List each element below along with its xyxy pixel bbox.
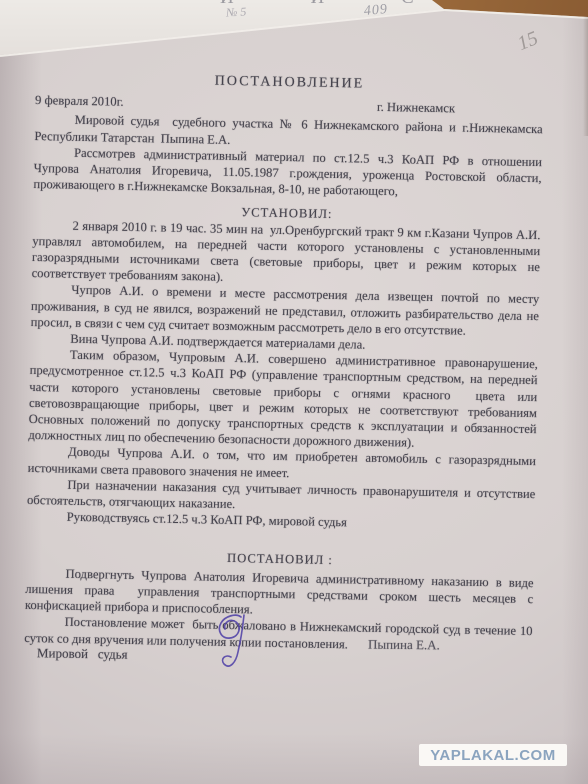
document-date: 9 февраля 2010г. <box>35 92 124 110</box>
judge-signature <box>205 612 260 674</box>
established-paragraph: Таким образом, Чупровым А.И. совершено а… <box>28 346 538 453</box>
judge-name: Пыпина Е.А. <box>368 637 440 654</box>
document-title: ПОСТАНОВЛЕНИЕ <box>35 70 543 96</box>
document-page: 15 ПОСТАНОВЛЕНИЕ 9 февраля 2010г. г. Ниж… <box>0 0 588 784</box>
sheet-number-label: № 5 <box>226 4 247 20</box>
yaplakal-watermark: YAPLAKAL.COM <box>419 744 567 766</box>
judge-title: Мировой судья <box>37 645 128 663</box>
pencil-page-number: 15 <box>514 27 541 56</box>
document-photo: И И С Т № 5 409 15 ПОСТАНОВЛЕНИЕ 9 февра… <box>0 0 588 784</box>
established-paragraph: 2 января 2010 г. в 19 час. 35 мин на ул.… <box>31 217 540 292</box>
document-city: г. Нижнекамск <box>377 99 455 117</box>
paper-edge-shadow <box>583 16 588 136</box>
document-body: ПОСТАНОВЛЕНИЕ 9 февраля 2010г. г. Нижнек… <box>24 56 544 656</box>
watermark-text: YAPLAKAL.COM <box>430 747 555 764</box>
intro-paragraph-case: Рассмотрев административный материал по … <box>33 144 542 203</box>
